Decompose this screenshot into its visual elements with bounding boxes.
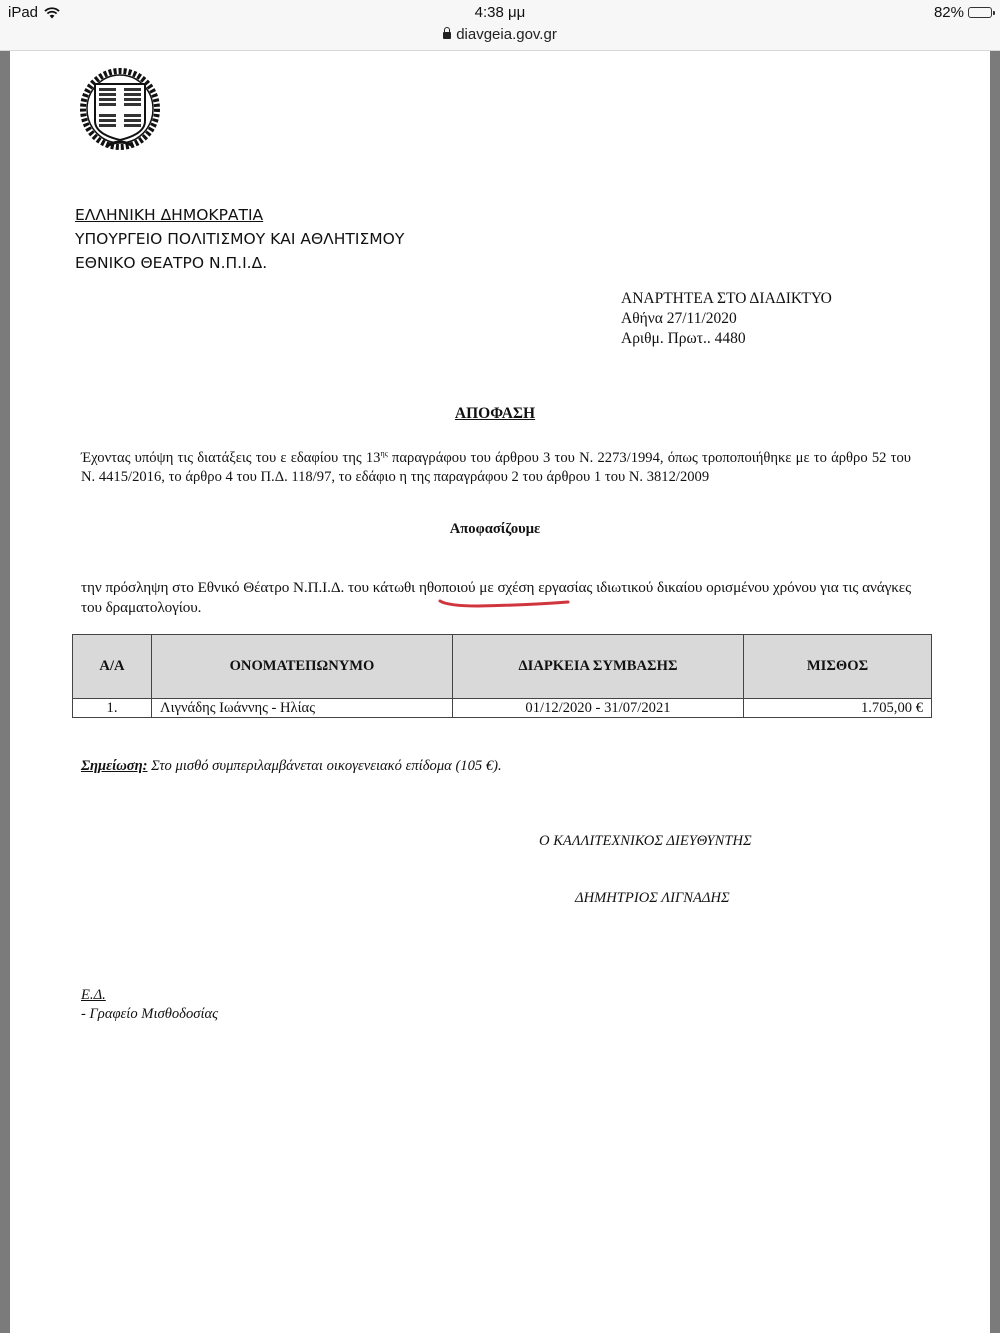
ios-status-bar: iPad 4:38 μμ 82% diavgeia.gov.gr <box>0 0 1000 51</box>
cell-name: Λιγνάδης Ιωάννης - Ηλίας <box>152 699 453 718</box>
distribution-list: Ε.Δ. - Γραφείο Μισθοδοσίας <box>81 986 218 1024</box>
table-header-row: Α/Α ΟΝΟΜΑΤΕΠΩΝΥΜΟ ΔΙΑΡΚΕΙΑ ΣΥΜΒΑΣΗΣ ΜΙΣΘ… <box>73 635 932 699</box>
header-line-ministry: ΥΠΟΥΡΓΕΙΟ ΠΟΛΙΤΙΣΜΟΥ ΚΑΙ ΑΘΛΗΤΙΣΜΟΥ <box>75 227 404 251</box>
table-row: 1. Λιγνάδης Ιωάννης - Ηλίας 01/12/2020 -… <box>73 699 932 718</box>
publish-notice: ΑΝΑΡΤΗΤΕΑ ΣΤΟ ΔΙΑΔΙΚΤΥΟ <box>621 289 832 309</box>
cell-index: 1. <box>73 699 152 718</box>
header-line-theatre: ΕΘΝΙΚΟ ΘΕΑΤΡΟ Ν.Π.Ι.Δ. <box>75 251 404 275</box>
document-meta: ΑΝΑΡΤΗΤΕΑ ΣΤΟ ΔΙΑΔΙΚΤΥΟ Αθήνα 27/11/2020… <box>621 289 832 349</box>
cell-salary: 1.705,00 € <box>744 699 932 718</box>
document-page: ΕΛΛΗΝΙΚΗ ΔΗΜΟΚΡΑΤΙΑ ΥΠΟΥΡΓΕΙΟ ΠΟΛΙΤΙΣΜΟΥ… <box>10 51 990 1333</box>
clock: 4:38 μμ <box>0 4 1000 21</box>
hiring-table: Α/Α ΟΝΟΜΑΤΕΠΩΝΥΜΟ ΔΙΑΡΚΕΙΑ ΣΥΜΒΑΣΗΣ ΜΙΣΘ… <box>72 634 932 718</box>
issuer-header: ΕΛΛΗΝΙΚΗ ΔΗΜΟΚΡΑΤΙΑ ΥΠΟΥΡΓΕΙΟ ΠΟΛΙΤΙΣΜΟΥ… <box>75 203 404 275</box>
signatory-title: Ο ΚΑΛΛΙΤΕΧΝΙΚΟΣ ΔΙΕΥΘΥΝΤΗΣ <box>539 833 752 850</box>
preamble-text-1: Έχοντας υπόψη τις διατάξεις του ε εδαφίο… <box>81 450 380 466</box>
salary-note: Σημείωση: Στο μισθό συμπεριλαμβάνεται οι… <box>81 758 502 775</box>
lock-icon <box>443 32 451 39</box>
address-bar[interactable]: diavgeia.gov.gr <box>0 26 1000 43</box>
col-header-name: ΟΝΟΜΑΤΕΠΩΝΥΜΟ <box>152 635 453 699</box>
col-header-duration: ΔΙΑΡΚΕΙΑ ΣΥΜΒΑΣΗΣ <box>453 635 744 699</box>
red-annotation-underline <box>438 597 570 609</box>
preamble-superscript: ης <box>380 449 387 458</box>
distribution-item: - Γραφείο Μισθοδοσίας <box>81 1005 218 1024</box>
header-line-republic: ΕΛΛΗΝΙΚΗ ΔΗΜΟΚΡΑΤΙΑ <box>75 203 404 227</box>
cell-duration: 01/12/2020 - 31/07/2021 <box>453 699 744 718</box>
url-text[interactable]: diavgeia.gov.gr <box>456 26 557 43</box>
document-title: ΑΠΟΦΑΣΗ <box>10 405 980 423</box>
col-header-index: Α/Α <box>73 635 152 699</box>
status-right: 82% <box>934 4 992 21</box>
decision-heading: Αποφασίζουμε <box>10 521 980 538</box>
note-label: Σημείωση: <box>81 758 148 774</box>
battery-percent: 82% <box>934 4 964 21</box>
document-date: Αθήνα 27/11/2020 <box>621 309 832 329</box>
signatory-name: ΔΗΜΗΤΡΙΟΣ ΛΙΓΝΑΔΗΣ <box>575 890 730 907</box>
battery-icon <box>968 7 992 18</box>
note-text: Στο μισθό συμπεριλαμβάνεται οικογενειακό… <box>148 758 502 774</box>
distribution-label: Ε.Δ. <box>81 986 218 1005</box>
preamble-paragraph: Έχοντας υπόψη τις διατάξεις του ε εδαφίο… <box>81 444 911 488</box>
greek-emblem-icon <box>77 66 163 152</box>
protocol-number: Αριθμ. Πρωτ.. 4480 <box>621 329 832 349</box>
col-header-salary: ΜΙΣΘΟΣ <box>744 635 932 699</box>
